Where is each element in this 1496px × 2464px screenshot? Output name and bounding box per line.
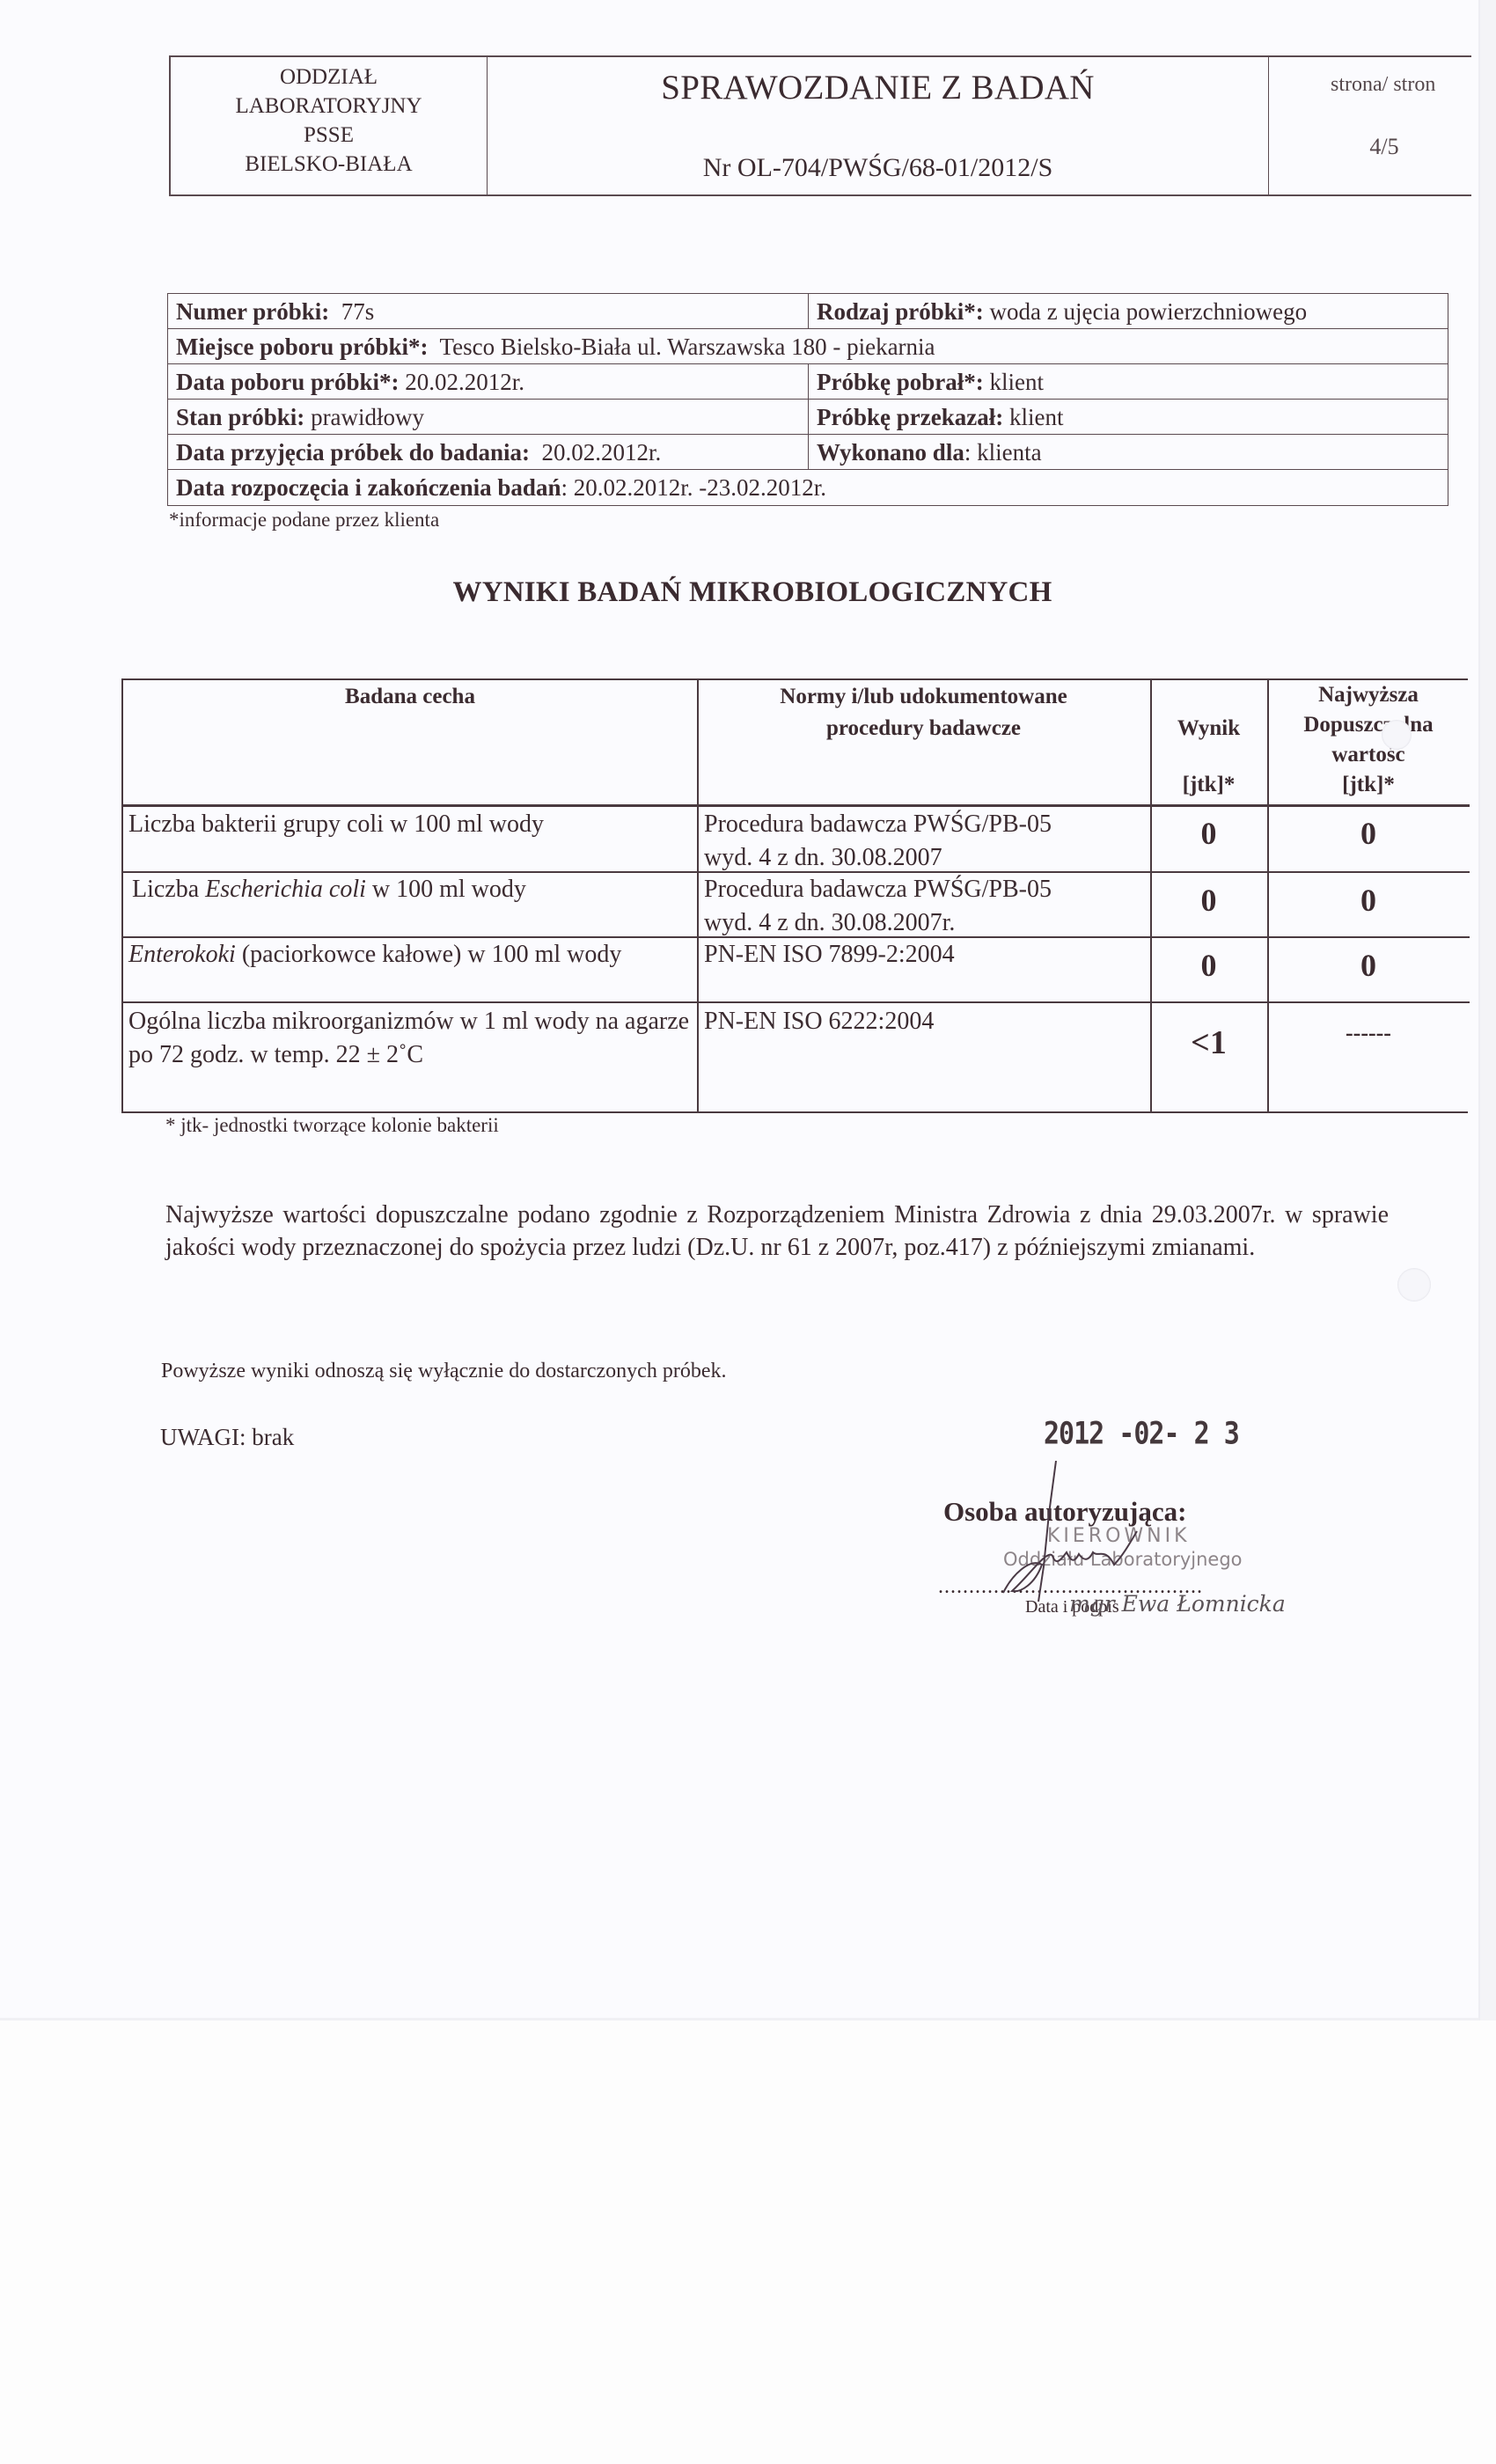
table-row: Numer próbki: 77s Rodzaj próbki*: woda z… <box>168 294 1448 329</box>
procedure-text: Procedura badawcza PWŚG/PB-05 <box>704 808 1150 841</box>
column-header-text: Normy i/lub udokumentowane <box>697 682 1150 712</box>
procedure-text: PN-EN ISO 7899-2:2004 <box>704 938 1150 972</box>
feature-text: Ogólna liczba mikroorganizmów w 1 ml wod… <box>128 1008 689 1068</box>
sample-number: 77s <box>341 298 375 325</box>
field-label: Numer próbki: <box>176 298 329 325</box>
delivered-by: klient <box>1009 404 1064 430</box>
procedure-text: wyd. 4 z dn. 30.08.2007r. <box>704 906 1150 940</box>
punch-hole <box>1382 720 1412 750</box>
field-label: Wykonano dla <box>817 439 964 466</box>
feature-text: Liczba <box>132 876 205 903</box>
sampling-date-cell: Data poboru próbki*: 20.02.2012r. <box>168 364 808 399</box>
procedure-cell: Procedura badawcza PWŚG/PB-05wyd. 4 z dn… <box>699 873 1150 940</box>
feature-italic-text: Escherichia coli <box>205 876 366 903</box>
lab-name: ODDZIAŁ LABORATORYJNY PSSE BIELSKO-BIAŁA <box>171 57 488 194</box>
column-header-max: Najwyższa Dopuszczalna wartość [jtk]* <box>1267 680 1470 805</box>
result-value: 0 <box>1150 947 1267 984</box>
row-divider <box>123 1001 1470 1003</box>
page-value: 4/5 <box>1269 134 1473 160</box>
feature-text: w 100 ml wody <box>366 876 526 903</box>
sampling-place: Tesco Bielsko-Biała ul. Warszawska 180 -… <box>440 334 935 360</box>
procedure-text: wyd. 4 z dn. 30.08.2007 <box>704 841 1150 875</box>
reception-date: 20.02.2012r. <box>542 439 662 466</box>
field-label: Próbkę przekazał: <box>817 404 1003 430</box>
feature-text: Liczba bakterii grupy coli w 100 ml wody <box>128 810 544 838</box>
report-number: Nr OL-704/PWŚG/68-01/2012/S <box>488 153 1268 183</box>
field-label: Data przyjęcia próbek do badania: <box>176 439 530 466</box>
procedure-cell: PN-EN ISO 7899-2:2004 <box>699 938 1150 972</box>
remarks: UWAGI: brak <box>160 1424 294 1451</box>
sample-type-cell: Rodzaj próbki*: woda z ujęcia powierzchn… <box>808 294 1449 328</box>
results-title: WYNIKI BADAŃ MIKROBIOLOGICZNYCH <box>0 576 1478 609</box>
regulation-note: Najwyższe wartości dopuszczalne podano z… <box>165 1199 1389 1264</box>
date-stamp: 2012 -02- 2 3 <box>1044 1416 1239 1451</box>
test-period: 20.02.2012r. -23.02.2012r. <box>574 474 826 501</box>
result-value: 0 <box>1150 882 1267 919</box>
lab-name-line: LABORATORYJNY <box>171 92 487 121</box>
field-label: Próbkę pobrał*: <box>817 369 984 395</box>
max-value: 0 <box>1267 815 1470 852</box>
sample-state: prawidłowy <box>311 404 424 430</box>
column-header-text: wartość <box>1267 740 1470 770</box>
feature-cell: Liczba bakterii grupy coli w 100 ml wody <box>123 808 697 841</box>
procedure-text: Procedura badawcza PWŚG/PB-05 <box>704 873 1150 906</box>
result-value: <1 <box>1150 1023 1267 1062</box>
handwritten-signature <box>950 1461 1153 1610</box>
table-row: Data przyjęcia próbek do badania: 20.02.… <box>168 435 1448 470</box>
column-header-unit: [jtk]* <box>1267 770 1470 800</box>
column-header-feature: Badana cecha <box>123 680 697 805</box>
result-value: 0 <box>1150 815 1267 852</box>
max-value: ------ <box>1267 1020 1470 1046</box>
page-label: strona/ stron <box>1269 73 1473 97</box>
scan-edge <box>1480 0 1496 2020</box>
delivered-by-cell: Próbkę przekazał: klient <box>808 400 1449 434</box>
procedure-text: PN-EN ISO 6222:2004 <box>704 1005 1150 1038</box>
column-header-norms: Normy i/lub udokumentowane procedury bad… <box>697 680 1150 805</box>
procedure-cell: Procedura badawcza PWŚG/PB-05wyd. 4 z dn… <box>699 808 1150 875</box>
field-label: Data poboru próbki*: <box>176 369 400 395</box>
table-row: Stan próbki: prawidłowy Próbkę przekazał… <box>168 400 1448 435</box>
lab-name-line: PSSE <box>171 121 487 150</box>
performed-for-cell: Wykonano dla: klienta <box>808 435 1449 469</box>
sample-number-cell: Numer próbki: 77s <box>168 294 808 328</box>
sampling-date: 20.02.2012r. <box>405 369 524 395</box>
feature-cell: Liczba Escherichia coli w 100 ml wody <box>127 873 697 906</box>
sampled-by-cell: Próbkę pobrał*: klient <box>808 364 1449 399</box>
feature-italic-text: Enterokoki <box>128 941 236 968</box>
test-period-cell: Data rozpoczęcia i zakończenia badań: 20… <box>168 470 1448 505</box>
punch-hole <box>1397 1268 1431 1302</box>
column-header-text: Dopuszczalna <box>1267 710 1470 740</box>
client-info-footnote: *informacje podane przez klienta <box>169 509 439 532</box>
page-indicator: strona/ stron 4/5 <box>1269 57 1473 194</box>
sample-info-table: Numer próbki: 77s Rodzaj próbki*: woda z… <box>167 293 1448 506</box>
feature-text: (paciorkowce kałowe) w 100 ml wody <box>236 941 622 968</box>
reception-date-cell: Data przyjęcia próbek do badania: 20.02.… <box>168 435 808 469</box>
performed-for: klienta <box>977 439 1041 466</box>
column-header-text: Wynik <box>1150 714 1267 744</box>
field-label: Data rozpoczęcia i zakończenia badań <box>176 474 561 501</box>
field-label: Miejsce poboru próbki*: <box>176 334 429 360</box>
lab-name-line: BIELSKO-BIAŁA <box>171 150 487 179</box>
sample-state-cell: Stan próbki: prawidłowy <box>168 400 808 434</box>
sampling-place-cell: Miejsce poboru próbki*: Tesco Bielsko-Bi… <box>168 329 1448 363</box>
table-row: Data rozpoczęcia i zakończenia badań: 20… <box>168 470 1448 505</box>
column-header-text: procedury badawcze <box>697 714 1150 744</box>
lab-name-line: ODDZIAŁ <box>171 62 487 92</box>
jtk-footnote: * jtk- jednostki tworzące kolonie bakter… <box>165 1114 499 1137</box>
sample-type: woda z ujęcia powierzchniowego <box>990 298 1308 325</box>
max-value: 0 <box>1267 882 1470 919</box>
report-title-block: SPRAWOZDANIE Z BADAŃ Nr OL-704/PWŚG/68-0… <box>488 57 1269 194</box>
column-header-text: Badana cecha <box>345 685 475 708</box>
report-header: ODDZIAŁ LABORATORYJNY PSSE BIELSKO-BIAŁA… <box>169 55 1471 196</box>
column-header-text: Najwyższa <box>1267 680 1470 710</box>
field-label: Stan próbki: <box>176 404 304 430</box>
column-header-result: Wynik [jtk]* <box>1150 680 1267 805</box>
column-header-unit: [jtk]* <box>1150 770 1267 800</box>
table-row: Data poboru próbki*: 20.02.2012r. Próbkę… <box>168 364 1448 400</box>
field-label: Rodzaj próbki*: <box>817 298 984 325</box>
procedure-cell: PN-EN ISO 6222:2004 <box>699 1005 1150 1038</box>
results-table: Badana cecha Normy i/lub udokumentowane … <box>121 678 1468 1113</box>
max-value: 0 <box>1267 947 1470 984</box>
report-title: SPRAWOZDANIE Z BADAŃ <box>488 68 1268 107</box>
feature-cell: Enterokoki (paciorkowce kałowe) w 100 ml… <box>123 938 697 972</box>
table-row: Miejsce poboru próbki*: Tesco Bielsko-Bi… <box>168 329 1448 364</box>
sampled-by: klient <box>990 369 1045 395</box>
feature-cell: Ogólna liczba mikroorganizmów w 1 ml wod… <box>123 1005 697 1072</box>
scope-note: Powyższe wyniki odnoszą się wyłącznie do… <box>161 1360 726 1383</box>
